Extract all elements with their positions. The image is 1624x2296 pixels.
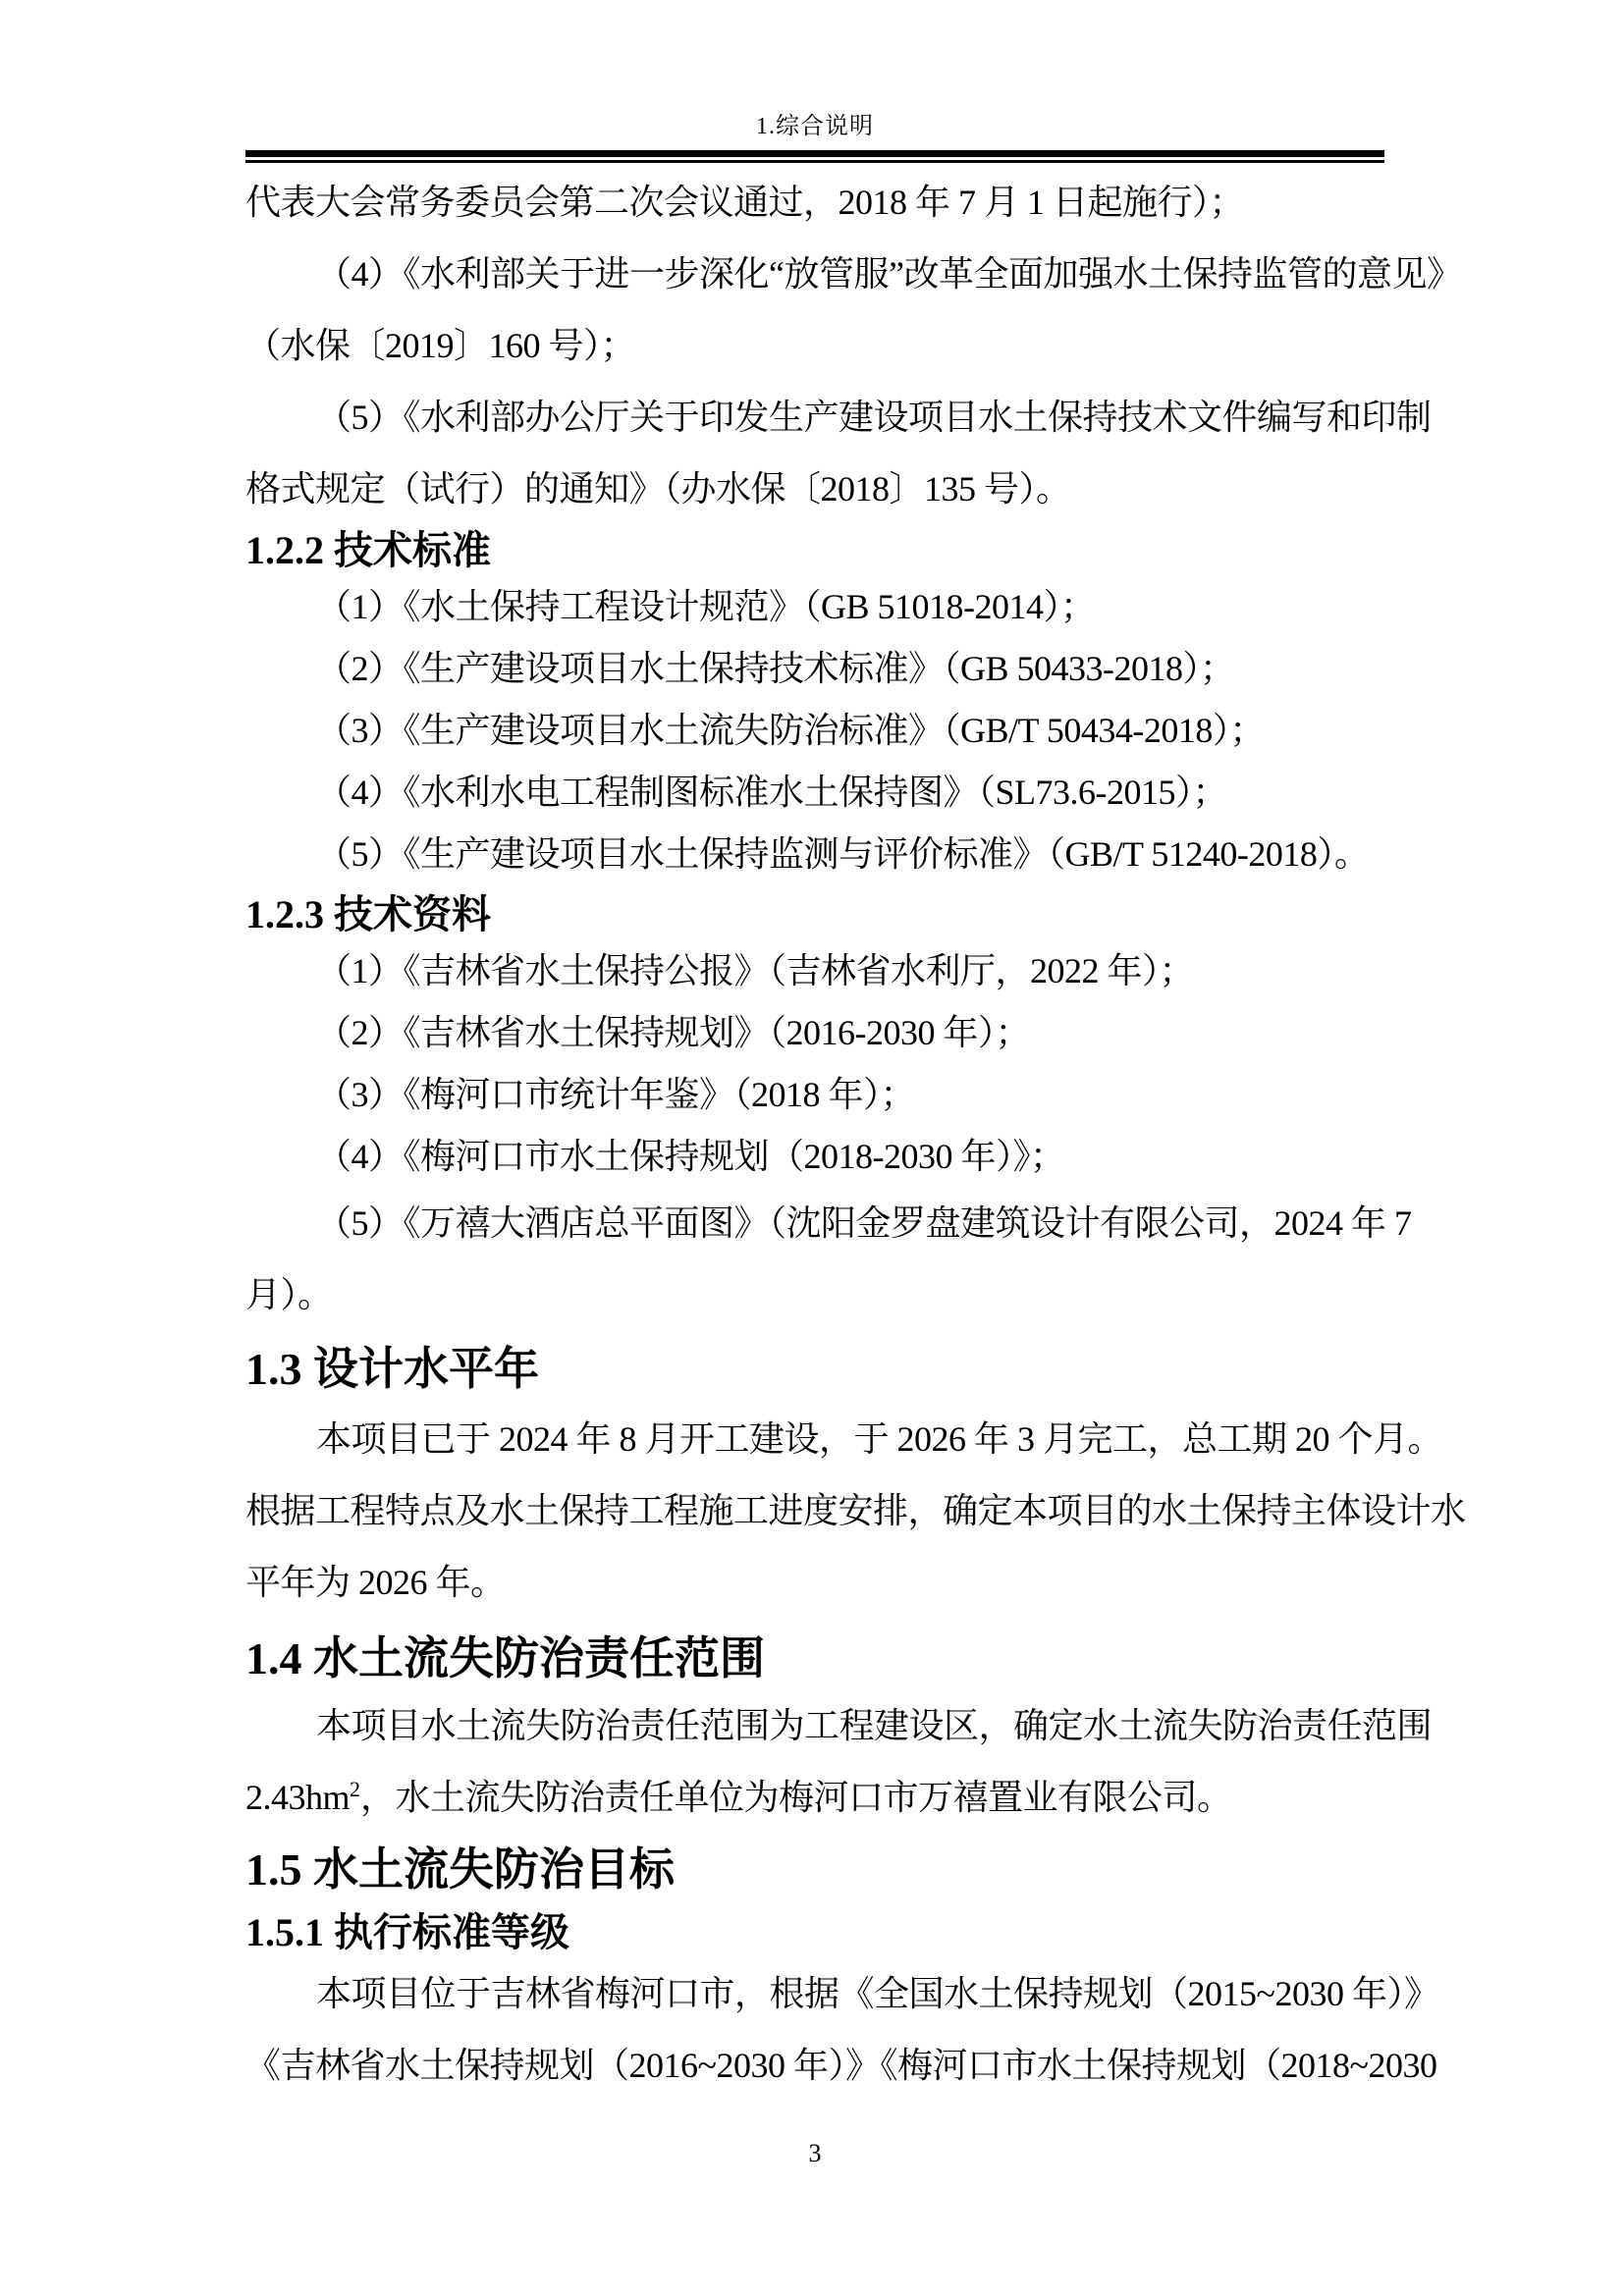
paragraph-line: （水保〔2019〕160 号）； [245,310,1384,382]
paragraph-line: 本项目水土流失防治责任范围为工程建设区，确定水土流失防治责任范围 [245,1690,1384,1762]
list-item: （5）《万禧大酒店总平面图》（沈阳金罗盘建筑设计有限公司，2024 年 7 [245,1188,1384,1259]
heading-1-5-1: 1.5.1 执行标准等级 [245,1907,1384,1958]
list-item: （2）《吉林省水土保持规划》（2016-2030 年）； [245,1002,1384,1064]
superscript-2: 2 [350,1777,360,1801]
list-item: （3）《生产建设项目水土流失防治标准》（GB/T 50434-2018）； [245,700,1384,762]
paragraph-line: 格式规定（试行）的通知》（办水保〔2018〕135 号）。 [245,454,1384,525]
paragraph-line: 本项目已于 2024 年 8 月开工建设，于 2026 年 3 月完工，总工期 … [245,1404,1384,1475]
heading-1-4: 1.4 水土流失防治责任范围 [245,1631,1384,1686]
paragraph-line: 《吉林省水土保持规划（2016~2030 年）》《梅河口市水土保持规划（2018… [245,2030,1384,2102]
paragraph-line-with-superscript: 2.43hm2，水土流失防治责任单位为梅河口市万禧置业有限公司。 [245,1762,1384,1834]
page-number: 3 [245,2137,1384,2170]
list-item: （2）《生产建设项目水土保持技术标准》（GB 50433-2018）； [245,638,1384,700]
paragraph-line: 本项目位于吉林省梅河口市，根据《全国水土保持规划（2015~2030 年）》 [245,1958,1384,2030]
area-value: 2.43hm [245,1778,350,1817]
list-item: （1）《吉林省水土保持公报》（吉林省水利厅，2022 年）； [245,940,1384,1002]
heading-1-2-2: 1.2.2 技术标准 [245,525,1384,576]
paragraph-line: 平年为 2026 年。 [245,1547,1384,1619]
responsibility-text: ，水土流失防治责任单位为梅河口市万禧置业有限公司。 [360,1778,1232,1817]
heading-1-5: 1.5 水土流失防治目标 [245,1842,1384,1897]
heading-1-3: 1.3 设计水平年 [245,1342,1384,1397]
document-page: 1.综合说明 代表大会常务委员会第二次会议通过，2018 年 7 月 1 日起施… [245,0,1384,2170]
paragraph-line: 月）。 [245,1259,1384,1331]
list-item: （4）《梅河口市水土保持规划（2018-2030 年）》； [245,1126,1384,1188]
list-item: （4）《水利水电工程制图标准水土保持图》（SL73.6-2015）； [245,762,1384,824]
heading-1-2-3: 1.2.3 技术资料 [245,889,1384,940]
list-item: （5）《生产建设项目水土保持监测与评价标准》（GB/T 51240-2018）。 [245,824,1384,885]
header-rule [245,150,1384,163]
paragraph-line: （4）《水利部关于进一步深化“放管服”改革全面加强水土保持监管的意见》 [245,239,1384,310]
list-item: （1）《水土保持工程设计规范》（GB 51018-2014）； [245,576,1384,638]
paragraph-line: （5）《水利部办公厅关于印发生产建设项目水土保持技术文件编写和印制 [245,382,1384,454]
list-item: （3）《梅河口市统计年鉴》（2018 年）； [245,1064,1384,1126]
page-header-title: 1.综合说明 [245,0,1384,143]
paragraph-line: 代表大会常务委员会第二次会议通过，2018 年 7 月 1 日起施行）； [245,167,1384,239]
paragraph-line: 根据工程特点及水土保持工程施工进度安排，确定本项目的水土保持主体设计水 [245,1475,1384,1547]
